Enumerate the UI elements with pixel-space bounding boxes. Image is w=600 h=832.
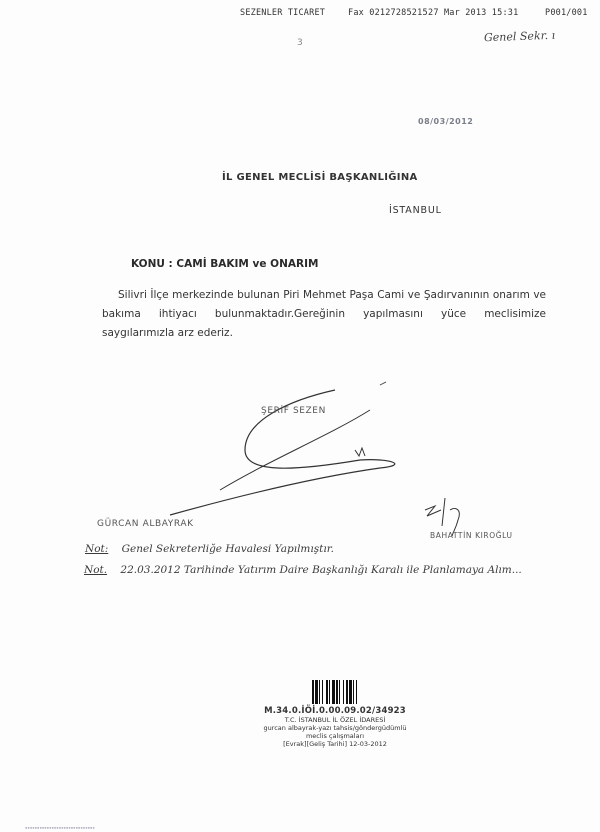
fax-sender: SEZENLER TICARET <box>240 8 325 18</box>
registry-stamp: M.34.0.İÖİ.0.00.09.02/34923 T.C. İSTANBU… <box>255 680 415 748</box>
stamp-subject-line-2: meclis çalışmaları <box>255 732 415 740</box>
fax-page-number: P001/001 <box>545 8 588 18</box>
stamp-subject-line-1: gurcan albayrak-yazı tahsis/göndergüdüml… <box>255 724 415 732</box>
fax-document-page: SEZENLER TICARET Fax 02127285215 27 Mar … <box>0 0 600 832</box>
note-label: Not: <box>85 543 108 555</box>
handwritten-note-1: Not: Genel Sekreterliğe Havalesi Yapılmı… <box>85 543 334 555</box>
fax-number: Fax 02127285215 <box>348 8 428 18</box>
stamp-institution: T.C. İSTANBUL İL ÖZEL İDARESİ <box>255 716 415 724</box>
document-date: 08/03/2012 <box>418 117 473 126</box>
recipient-city: İSTANBUL <box>389 205 442 216</box>
footer-scan-noise: ▪▪▪▪▪▪▪▪▪▪▪▪▪▪▪▪▪▪▪▪▪▪▪▪▪▪▪▪▪ <box>25 825 95 830</box>
signatory-gurcan-albayrak: GÜRCAN ALBAYRAK <box>97 519 194 529</box>
note-text: Genel Sekreterliğe Havalesi Yapılmıştır. <box>122 543 334 555</box>
fax-datetime: 27 Mar 2013 15:31 <box>428 8 518 18</box>
barcode <box>295 680 375 704</box>
stamp-date-line: [Evrak][Geliş Tarihi] 12-03-2012 <box>255 740 415 748</box>
note-label: Not. <box>84 564 107 576</box>
handwritten-note-2: Not. 22.03.2012 Tarihinde Yatırım Daire … <box>84 564 522 576</box>
signatory-bahattin-kiroglu: BAHATTİN KIROĞLU <box>430 531 513 540</box>
signatory-serif-sezen: ŞERİF SEZEN <box>261 406 326 416</box>
stamp-reference-number: M.34.0.İÖİ.0.00.09.02/34923 <box>255 706 415 716</box>
recipient-heading: İL GENEL MECLİSİ BAŞKANLIĞINA <box>222 172 418 183</box>
subject-line: KONU : CAMİ BAKIM ve ONARIM <box>131 258 318 270</box>
scan-mark: 3 <box>297 38 303 48</box>
handwritten-routing-note: Genel Sekr. ı <box>484 29 556 44</box>
note-text: 22.03.2012 Tarihinde Yatırım Daire Başka… <box>120 564 521 576</box>
letter-body: Silivri İlçe merkezinde bulunan Piri Meh… <box>102 286 546 343</box>
signature-scribble <box>150 380 430 520</box>
